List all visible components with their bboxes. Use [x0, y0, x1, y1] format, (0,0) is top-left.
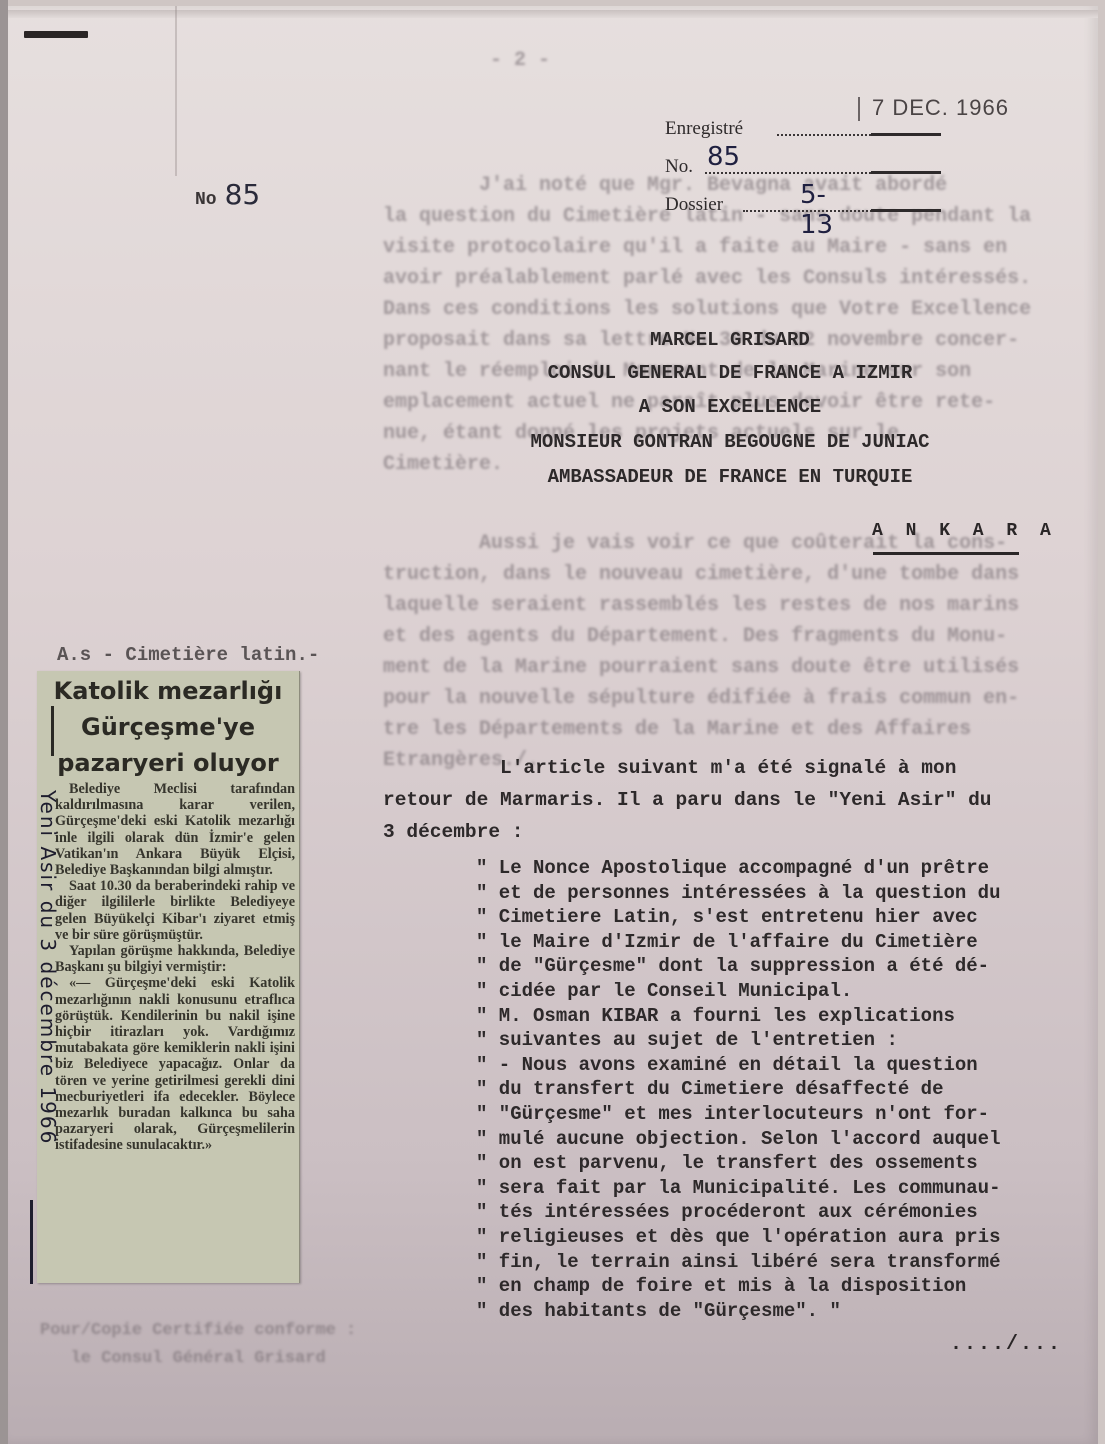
handwritten-note-text: Yeni Asir du 3 décembre 1966 [36, 790, 60, 1145]
paper-crease [175, 6, 177, 176]
headline-line-2: Gürçeşme'ye [37, 709, 299, 745]
quote-line: " - Nous avons examiné en détail la ques… [476, 1053, 1001, 1078]
quote-line: " on est parvenu, le transfert des ossem… [476, 1151, 1001, 1176]
quote-line: " des habitants de "Gürçesme". " [476, 1299, 1001, 1324]
city-underline [873, 552, 1019, 555]
newspaper-clipping: Katolik mezarlığı Gürçeşme'ye pazaryeri … [37, 671, 300, 1283]
stamp-date: 7 DEC. 1966 [872, 95, 1009, 120]
clipping-paragraph: Yapılan görüşme hakkında, Belediye Başka… [55, 943, 295, 975]
handwritten-underline [30, 1200, 33, 1284]
page-fold [8, 10, 1098, 18]
quote-line: " "Gürçesme" et mes interlocuteurs n'ont… [476, 1102, 1001, 1127]
binder-clip [24, 31, 88, 38]
clipping-body: Belediye Meclisi tarafından kaldırılması… [55, 781, 295, 1154]
registration-form: Enregistré No. 85 Dossier 5-13 [665, 118, 743, 232]
quote-line: " suivantes au sujet de l'entretien : [476, 1028, 1001, 1053]
quote-line: " fin, le terrain ainsi libéré sera tran… [476, 1250, 1001, 1275]
no-line [705, 172, 939, 174]
quote-line: " en champ de foire et mis à la disposit… [476, 1274, 1001, 1299]
document-number: No85 [195, 178, 260, 211]
sender-name: MARCEL GRISARD [380, 329, 1080, 351]
sender-title: CONSUL GENERAL DE FRANCE A IZMIR [380, 362, 1080, 384]
recipient-title: AMBASSADEUR DE FRANCE EN TURQUIE [380, 466, 1080, 488]
page-marker-bleed: - 2 - [490, 45, 550, 76]
recipient-name: MONSIEUR GONTRAN BEGOUGNE DE JUNIAC [380, 431, 1080, 453]
quote-line: " religieuses et dès que l'opération aur… [476, 1225, 1001, 1250]
headline-line-1: Katolik mezarlığı [37, 673, 299, 709]
quote-line: " tés intéressées procéderont aux cérémo… [476, 1200, 1001, 1225]
quote-line: " Le Nonce Apostolique accompagné d'un p… [476, 856, 1001, 881]
quote-line: " et de personnes intéressées à la quest… [476, 881, 1001, 906]
clipping-headline: Katolik mezarlığı Gürçeşme'ye pazaryeri … [37, 671, 299, 781]
document-number-label: No [195, 190, 217, 210]
intro-paragraph: L'article suivant m'a été signalé à mon … [383, 752, 992, 848]
quote-line: " mulé aucune objection. Selon l'accord … [476, 1127, 1001, 1152]
quote-line: " de "Gürçesme" dont la suppression a ét… [476, 954, 1001, 979]
quote-line: " du transfert du Cimetiere désaffecté d… [476, 1077, 1001, 1102]
stamp-bracket [858, 97, 860, 121]
dossier-line [743, 210, 939, 212]
quote-line: " le Maire d'Izmir de l'affaire du Cimet… [476, 930, 1001, 955]
no-handwritten-value: 85 [707, 142, 740, 172]
clipping-paragraph: «— Gürçeşme'deki eski Katolik mezarlığın… [55, 975, 295, 1153]
bleed-through-text-mid: Aussi je vais voir ce que coûterait la c… [383, 528, 1019, 776]
date-stamp: 7 DEC. 1966 [858, 95, 1009, 121]
recipient-city: A N K A R A [872, 521, 1057, 541]
addressee-line: A SON EXCELLENCE [380, 396, 1080, 418]
registration-no-row: No. 85 [665, 156, 743, 194]
bleed-through-text-bottom: Pour/Copie Certifiée conforme : le Consu… [40, 1317, 356, 1373]
quote-line: " M. Osman KIBAR a fourni les explicatio… [476, 1004, 1001, 1029]
enregistre-line [777, 134, 939, 136]
no-label: No. [665, 156, 693, 178]
continued-marker: ..../... [950, 1333, 1062, 1356]
quote-line: " cidée par le Conseil Municipal. [476, 979, 1001, 1004]
handwritten-source-note: Yeni Asir du 3 décembre 1966 [22, 790, 62, 1290]
clipping-paragraph: Belediye Meclisi tarafından kaldırılması… [55, 781, 295, 878]
clipping-paragraph: Saat 10.30 da beraberindeki rahip ve diğ… [55, 878, 295, 943]
binder-edge [0, 0, 8, 1444]
quoted-article: " Le Nonce Apostolique accompagné d'un p… [476, 856, 1001, 1323]
enregistre-label: Enregistré [665, 118, 743, 140]
registration-dossier-row: Dossier 5-13 [665, 194, 743, 232]
clipping-margin-mark [51, 706, 54, 756]
document-number-value: 85 [225, 178, 261, 211]
dossier-label: Dossier [665, 194, 723, 216]
quote-line: " sera fait par la Municipalité. Les com… [476, 1176, 1001, 1201]
headline-line-3: pazaryeri oluyor [37, 745, 299, 781]
quote-line: " Cimetiere Latin, s'est entretenu hier … [476, 905, 1001, 930]
clipping-caption: A.s - Cimetière latin.- [57, 644, 319, 666]
